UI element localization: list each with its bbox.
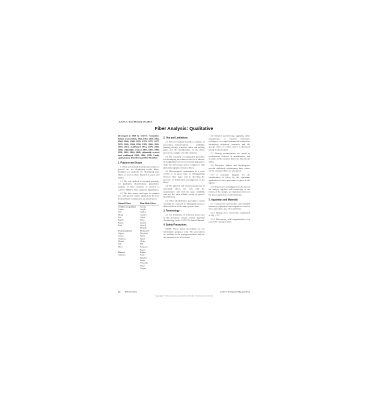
- copyright-line: Copyright © 2014 American Association of…: [118, 295, 250, 297]
- footer-method-ref: TM 20-2013: [125, 291, 137, 294]
- fiber-names-table: Natural FibersMan-Made FibersCellulose (…: [118, 202, 159, 270]
- section-heading: 4. Safety Precautions: [163, 224, 204, 227]
- paragraph: 1.3 The fiber names and types in common …: [118, 192, 159, 200]
- paragraph: 5.1.1 Drying oven, convection, maintaine…: [209, 212, 250, 217]
- paragraph: 2.9 A schematic diagram for the identifi…: [209, 174, 250, 185]
- page-footer: 48 TM 20-2013 AATCC Technical Manual/201…: [118, 291, 250, 294]
- column-1: Developed in 1940 by AATCC Committee RA2…: [118, 135, 159, 288]
- document-page: AATCC Test Method 20-2013 Fiber Analysis…: [118, 120, 250, 308]
- column-layout: Developed in 1940 by AATCC Committee RA2…: [118, 135, 250, 288]
- footer-manual-ref: AATCC Technical Manual/2015: [220, 291, 250, 294]
- paragraph: 2.1 This test method describes a number …: [163, 141, 204, 155]
- running-header: AATCC Test Method 20-2013: [119, 120, 250, 123]
- paragraph: 2.8 Refractive indices and birefringence…: [209, 164, 250, 172]
- section-heading: 2. Use and Limitations: [163, 137, 204, 140]
- paragraph: 3.1 For definitions of technical terms u…: [163, 214, 204, 222]
- paragraph: 2.6 Infrared spectroscopy, applying eith…: [209, 135, 250, 151]
- paragraph: 2.4 The physical and chemical properties…: [163, 185, 204, 199]
- table-cell: [118, 267, 140, 270]
- screenshot-canvas: { "page": { "background": "#ffffff", "te…: [0, 0, 368, 420]
- column-2: 2. Use and Limitations2.1 This test meth…: [163, 135, 204, 288]
- section-heading: 3. Terminology: [163, 210, 204, 213]
- paragraph: 2.5 Fiber identification procedures cann…: [163, 200, 204, 208]
- paragraph: 2.2 The normally recommended procedure f…: [163, 156, 204, 170]
- column-3: 2.6 Infrared spectroscopy, applying eith…: [209, 135, 250, 288]
- paragraph: 1.1 This test method describes procedure…: [118, 166, 159, 180]
- document-content: AATCC Test Method 20-2013 Fiber Analysis…: [118, 120, 250, 297]
- paragraph: 5.1.2 Microscope, with magnification of …: [209, 218, 250, 223]
- paragraph: 2.7 Density measurements are useful as c…: [209, 152, 250, 163]
- footer-left: 48 TM 20-2013: [118, 291, 137, 294]
- paragraph: 1.2 The test method is intended primaril…: [118, 180, 159, 191]
- paragraph: 2.3 Microscopical examination of a cross…: [163, 170, 204, 184]
- table-cell: Vinyon: [140, 267, 159, 270]
- paragraph: 2.10 Experience and judgment on the part…: [209, 186, 250, 197]
- table-row: Vinyon: [118, 267, 159, 270]
- section-heading: 1. Purpose and Scope: [118, 162, 159, 165]
- paragraph: Developed in 1940 by AATCC Committee RA2…: [118, 135, 159, 160]
- paragraph: 5.1 Commercial microscopes and standard …: [209, 203, 250, 211]
- paragraph: NOTE: These safety precautions are for i…: [163, 228, 204, 239]
- footer-page-number: 48: [118, 291, 120, 294]
- page-title: Fiber Analysis: Qualitative: [118, 126, 250, 131]
- section-heading: 5. Apparatus and Materials: [209, 199, 250, 202]
